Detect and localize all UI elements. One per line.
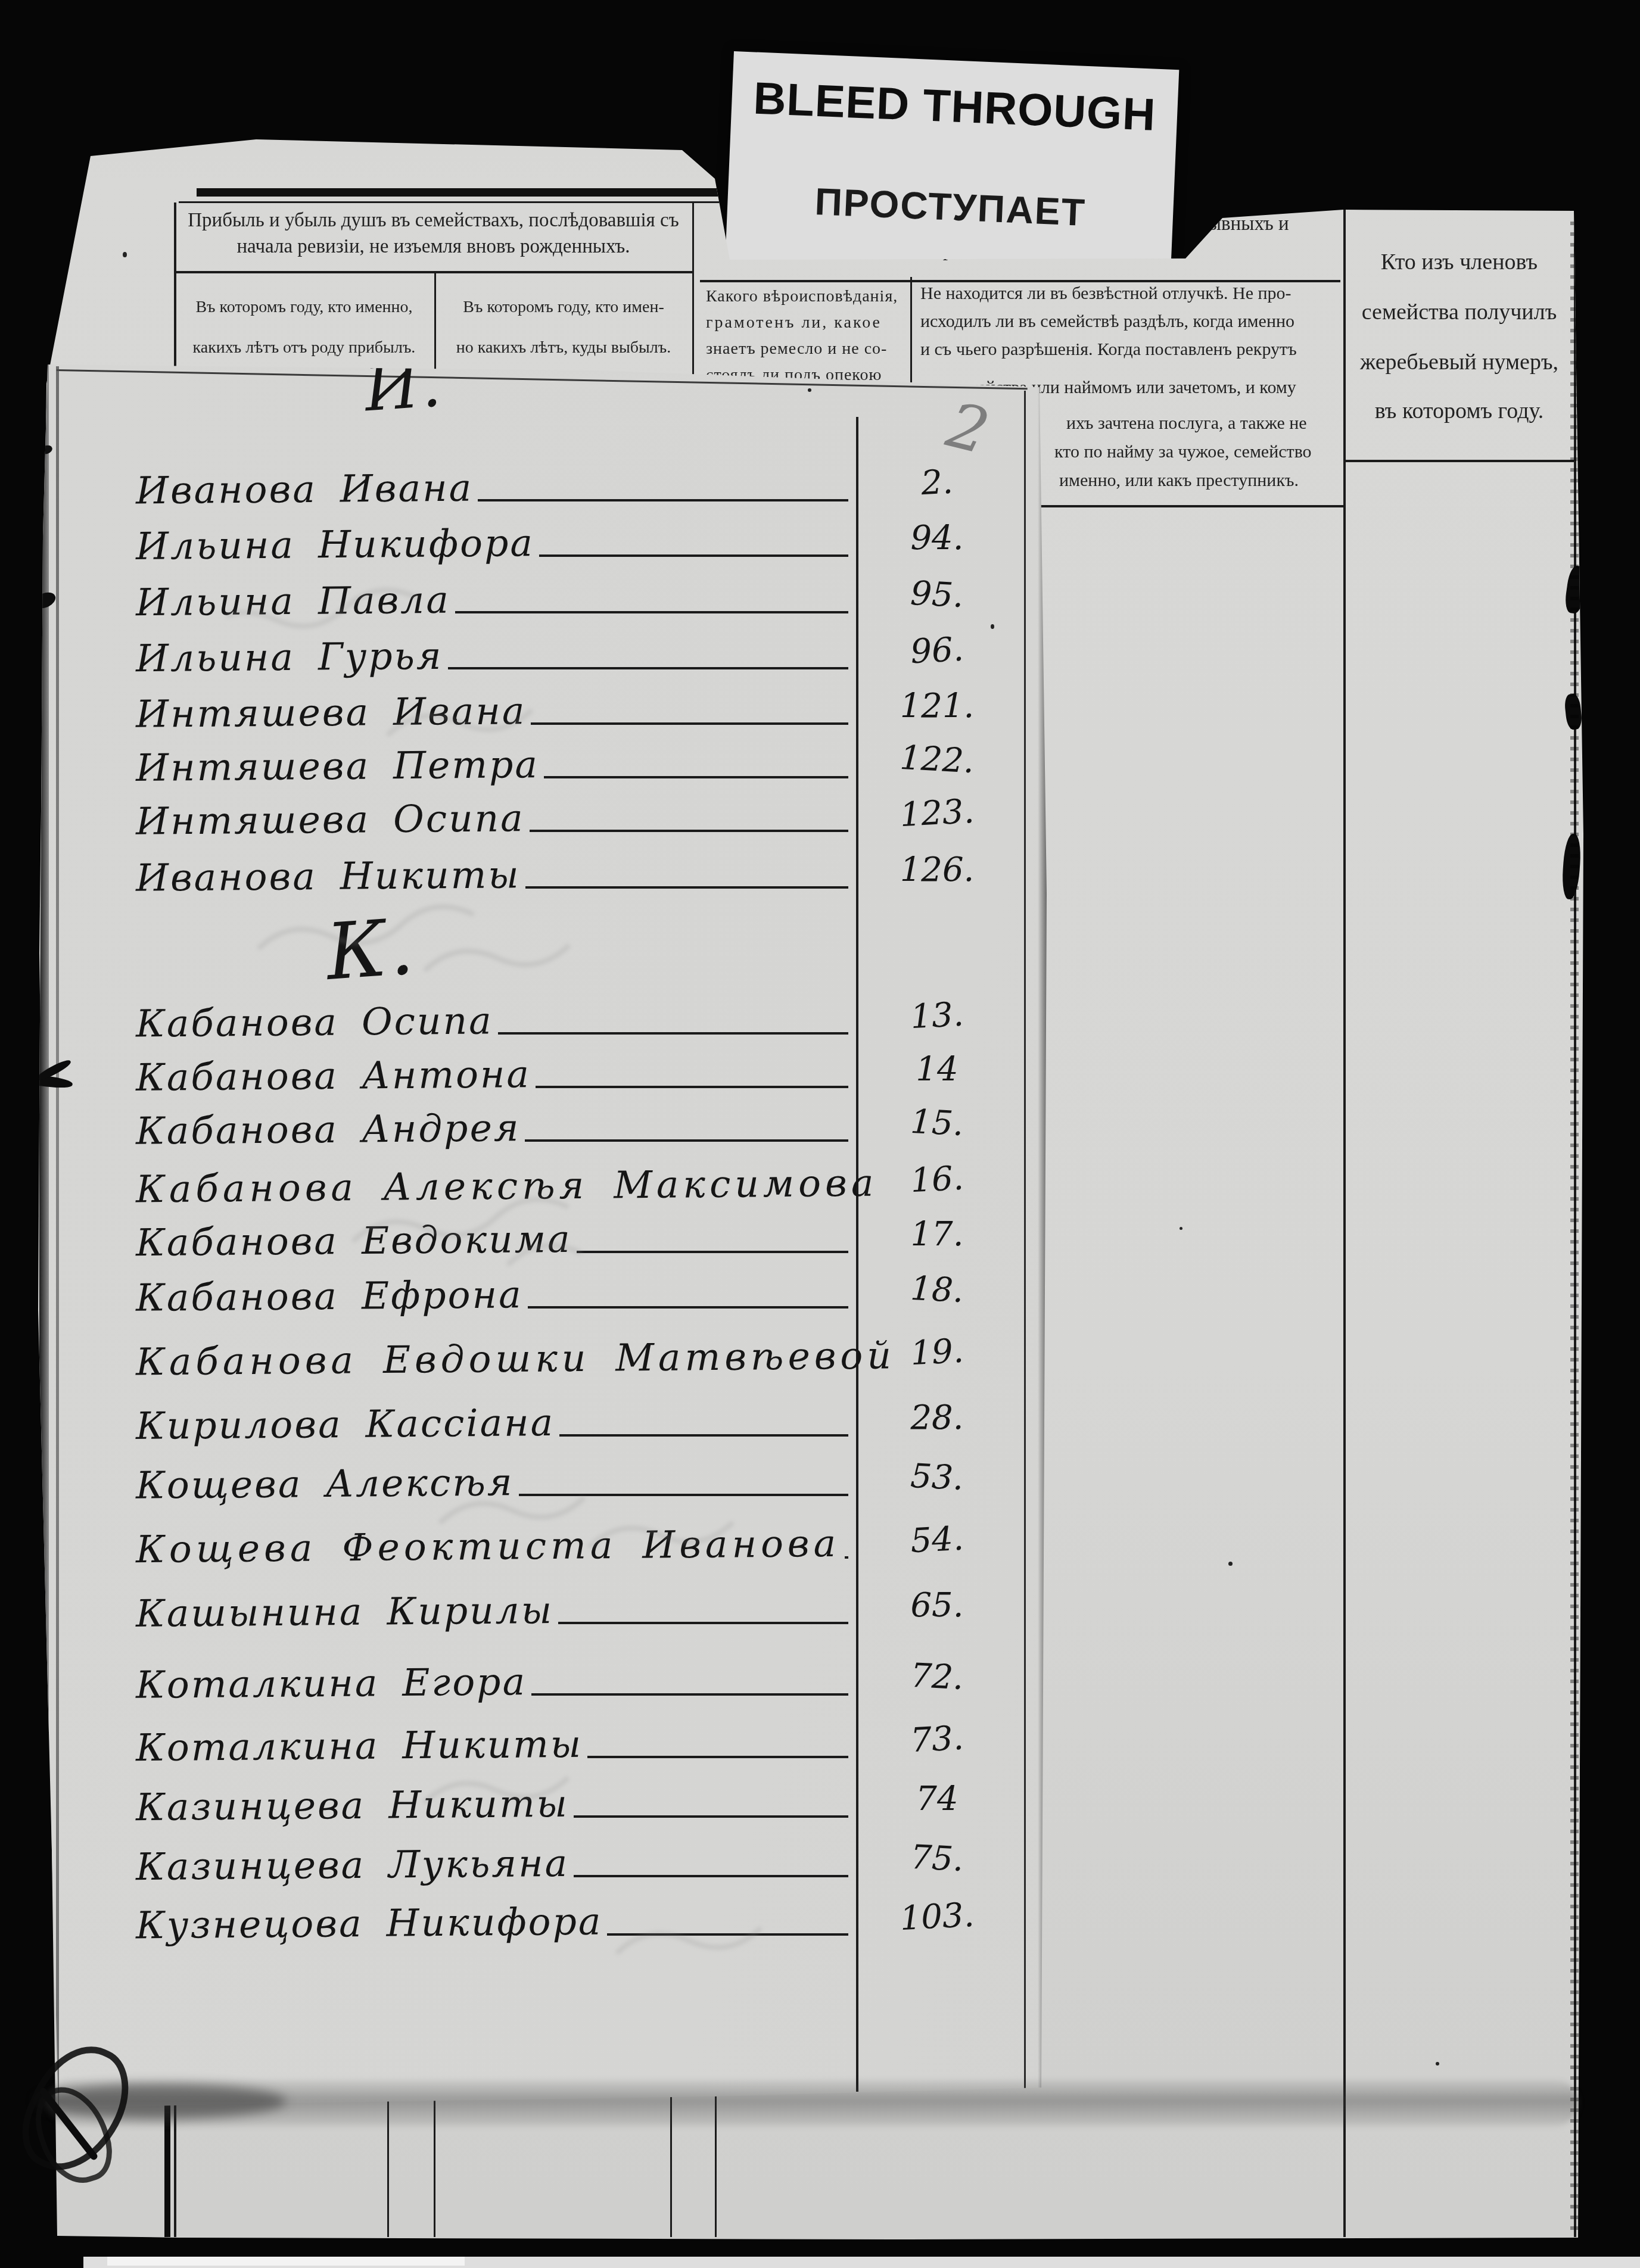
scan-bottom-strip-bright — [107, 2257, 465, 2266]
speck — [1180, 1227, 1182, 1230]
page-right-margin-line — [1024, 391, 1026, 2089]
right-box-line1: Кто изъ членовъ — [1348, 249, 1571, 275]
left-box-title-line2: начала ревизіи, не изъемля вновъ рожденн… — [179, 236, 688, 258]
entry-number: 15. — [873, 1101, 1000, 1146]
entry-number: 103. — [873, 1895, 1000, 1940]
deckle-edge-texture — [1570, 214, 1579, 2237]
entry-number: 95. — [873, 572, 1000, 618]
entry-number: 73. — [873, 1717, 1000, 1762]
entry-number: 72. — [873, 1655, 1000, 1700]
middle-box-col1-line2: грамотенъ ли, какое — [706, 313, 882, 332]
bleedthrough-ghost-marks — [226, 536, 882, 2025]
speck — [1436, 2062, 1439, 2065]
entry-number: 19. — [873, 1330, 1000, 1375]
entry-number: 126. — [875, 850, 1000, 889]
speck — [1228, 1562, 1233, 1566]
speck — [991, 624, 994, 629]
scanned-document-page: BLEED THROUGH ПРОСТУПАЕТ Прибыль и убыль… — [0, 0, 1640, 2268]
right-box-line3: жеребьевый нумеръ, — [1348, 349, 1571, 375]
right-box-line2: семейства получилъ — [1348, 299, 1571, 325]
speck — [454, 718, 457, 722]
entry-number: 94. — [875, 519, 1000, 557]
entry-number: 121. — [875, 687, 1000, 725]
entry-name: Иванова Ивана — [136, 466, 474, 513]
entry-number: 122. — [873, 737, 1000, 783]
entry-number: 75. — [873, 1836, 1000, 1881]
speck — [808, 388, 811, 392]
sticker-subtitle-partial: ПРОСТУПАЕТ — [727, 176, 1174, 238]
entry-number: 54. — [873, 1518, 1000, 1563]
left-box-col2-line2: но какихъ лѣтъ, куды выбылъ. — [438, 338, 689, 357]
entry-number: 16. — [873, 1157, 1000, 1202]
pencil-page-number: 2 — [940, 388, 996, 468]
entry-number: 14 — [875, 1050, 1000, 1089]
box-divider-middle-right — [1343, 210, 1346, 2237]
entry-number: 96. — [873, 628, 1000, 674]
entry-number: 13. — [873, 993, 1000, 1039]
entry-number: 17. — [875, 1215, 1000, 1254]
entry-dash-line — [478, 499, 848, 501]
middle-box-col2-line3: и съ чьего разрѣшенія. Когда поставленъ … — [920, 339, 1297, 360]
entry-number: 28. — [875, 1398, 1000, 1437]
middle-box-col2-line5: ихъ зачтена послуга, а также не — [1066, 413, 1307, 434]
middle-box-col1-line3: знаетъ ремесло и не со- — [706, 339, 887, 359]
right-box-line4: въ которомъ году. — [1348, 398, 1571, 424]
right-box-bottom-rule — [1343, 460, 1576, 462]
index-row: Иванова Ивана — [136, 459, 854, 511]
left-box-col1-line2: какихъ лѣтъ отъ роду прибылъ. — [178, 338, 431, 357]
entry-number: 53. — [873, 1455, 1000, 1500]
speck — [123, 252, 127, 257]
entry-number: 2. — [873, 460, 1000, 506]
binding-stitch — [39, 444, 53, 455]
left-box-header-rule — [174, 271, 692, 273]
middle-box-col2-line7: именно, или какъ преступникъ. — [1059, 471, 1299, 491]
middle-box-col2-line1: Не находится ли въ безвѣстной отлучкѣ. Н… — [920, 283, 1292, 304]
fold-line — [56, 366, 59, 2105]
middle-box-col2-line6: кто по найму за чужое, семейство — [1054, 442, 1312, 462]
page-left-edge-shadow — [39, 364, 49, 2108]
entry-number: 18. — [873, 1267, 1000, 1313]
left-box-col2-line1: Въ которомъ году, кто имен- — [438, 298, 689, 317]
bleed-through-sticker: BLEED THROUGH ПРОСТУПАЕТ — [725, 51, 1180, 290]
left-box-col1-line1: Въ которомъ году, кто именно, — [178, 298, 431, 317]
left-box-title-line1: Прибыль и убыль душъ въ семействахъ, пос… — [179, 210, 688, 232]
sticker-title: BLEED THROUGH — [731, 71, 1178, 142]
middle-box-header-rule — [700, 280, 1340, 282]
middle-box-col1-line1: Какого вѣроисповѣданія, — [706, 287, 898, 306]
entry-number: 65. — [875, 1586, 1000, 1625]
entry-number: 74 — [875, 1780, 1000, 1818]
entry-number: 123. — [873, 791, 1000, 836]
middle-box-col2-line2: исходилъ ли въ семействѣ раздѣлъ, когда … — [920, 311, 1294, 332]
